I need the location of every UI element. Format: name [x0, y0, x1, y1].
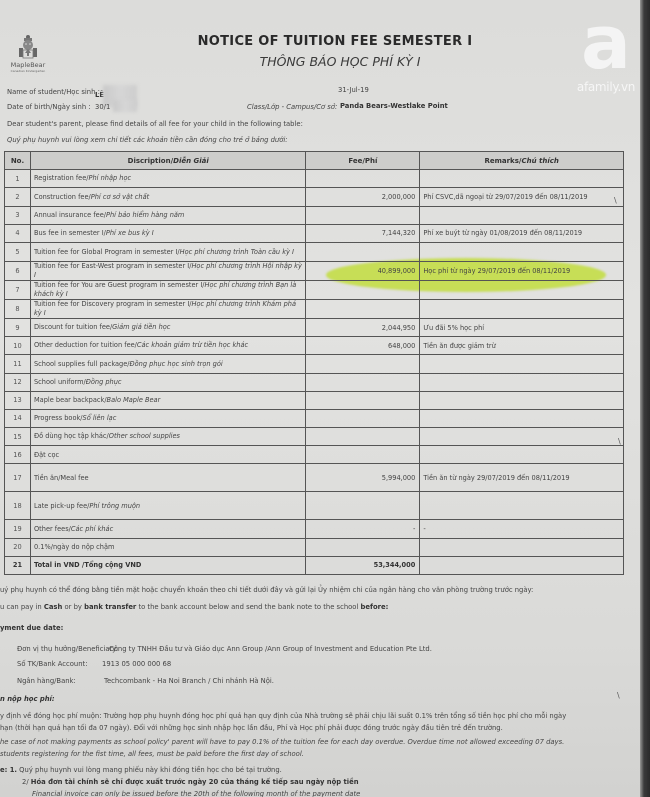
row-number: 12 — [5, 373, 31, 391]
row-fee — [306, 428, 420, 446]
row-description: Đặt cọc — [30, 446, 306, 464]
redacted-dob — [113, 100, 137, 112]
row-description: Tuition fee for Discovery program in sem… — [30, 299, 306, 318]
row-number: 10 — [5, 337, 31, 355]
table-row: 19Other fees/Các phí khác-- — [5, 520, 624, 538]
row-number: 3 — [5, 206, 31, 224]
table-row: 13Maple bear backpack/Balo Maple Bear — [5, 391, 624, 409]
row-remark: - — [420, 520, 624, 538]
page-edge-shadow — [640, 0, 650, 797]
payment-instruction-en: u can pay in Cash or by bank transfer to… — [0, 603, 388, 611]
late-policy-vi-2: hạn (thời hạn quá hạn tối đa 07 ngày). Đ… — [0, 724, 503, 732]
row-number: 15 — [5, 428, 31, 446]
row-description: School uniform/Đồng phục — [30, 373, 306, 391]
late-payment-heading: n nộp học phí: — [0, 695, 55, 703]
bank-name-value: Techcombank - Ha Noi Branch / Chi nhánh … — [104, 677, 274, 685]
table-row: 11School supplies full package/Đồng phục… — [5, 355, 624, 373]
note-2: 2/ Hóa đơn tài chính sẽ chỉ được xuất tr… — [22, 778, 359, 786]
note-1: e: 1. Quý phụ huynh vui lòng mang phiếu … — [0, 766, 282, 774]
late-policy-en-2: students registering for the fist time, … — [0, 750, 304, 758]
row-description: Other fees/Các phí khác — [30, 520, 306, 538]
row-fee: 2,044,950 — [306, 318, 420, 336]
row-description: Tuition fee for Global Program in semest… — [30, 242, 306, 261]
row-description: Construction fee/Phí cơ sở vật chất — [30, 188, 306, 206]
row-remark — [420, 355, 624, 373]
row-remark — [420, 280, 624, 299]
row-remark — [420, 538, 624, 556]
watermark-letter: a — [566, 8, 646, 78]
payment-due-date-label: yment due date: — [0, 624, 63, 632]
row-fee — [306, 409, 420, 427]
row-remark — [420, 206, 624, 224]
header-remarks: Remarks/Chú thích — [420, 152, 624, 170]
beneficiary-value: Công ty TNHH Đầu tư và Giáo dục Ann Grou… — [109, 645, 432, 653]
total-fee: 53,344,000 — [306, 556, 420, 574]
row-number: 5 — [5, 242, 31, 261]
row-number: 20 — [5, 538, 31, 556]
intro-english: Dear student's parent, please find detai… — [7, 120, 303, 128]
table-row: 4Bus fee in semester I/Phí xe bus kỳ I7,… — [5, 224, 624, 242]
row-remark — [420, 170, 624, 188]
row-number: 1 — [5, 170, 31, 188]
row-remark — [420, 373, 624, 391]
row-fee — [306, 446, 420, 464]
total-label: Total in VND /Tổng cộng VND — [30, 556, 306, 574]
table-row: 8Tuition fee for Discovery program in se… — [5, 299, 624, 318]
row-remark — [420, 391, 624, 409]
row-description: Annual insurance fee/Phí bảo hiểm hàng n… — [30, 206, 306, 224]
table-row: 6Tuition fee for East-West program in se… — [5, 261, 624, 280]
watermark-text: afamily.vn — [566, 80, 646, 94]
row-fee — [306, 391, 420, 409]
row-number: 7 — [5, 280, 31, 299]
row-description: Đồ dùng học tập khác/Other school suppli… — [30, 428, 306, 446]
row-fee — [306, 206, 420, 224]
total-number: 21 — [5, 556, 31, 574]
table-row: 200.1%/ngày do nộp chậm — [5, 538, 624, 556]
intro-vietnamese: Quý phụ huynh vui lòng xem chi tiết các … — [7, 136, 288, 144]
table-row: 2Construction fee/Phí cơ sở vật chất2,00… — [5, 188, 624, 206]
dob-value: 30/1 — [95, 103, 110, 111]
bank-account-value: 1913 05 000 000 68 — [102, 660, 171, 668]
dob-label: Date of birth/Ngày sinh : — [7, 103, 91, 111]
row-fee — [306, 170, 420, 188]
fee-table: No. Discription/Diễn Giải Fee/Phí Remark… — [4, 151, 624, 575]
row-remark — [420, 492, 624, 520]
row-description: Maple bear backpack/Balo Maple Bear — [30, 391, 306, 409]
bank-account-label: Số TK/Bank Account: — [17, 660, 88, 668]
row-description: Discount for tuition fee/Giảm giá tiền h… — [30, 318, 306, 336]
row-number: 8 — [5, 299, 31, 318]
row-fee — [306, 280, 420, 299]
row-fee — [306, 355, 420, 373]
late-policy-vi-1: y định về đóng học phí muộn: Trường hợp … — [0, 712, 566, 720]
row-remark: Phí xe buýt từ ngày 01/08/2019 đến 08/11… — [420, 224, 624, 242]
bank-name-label: Ngân hàng/Bank: — [17, 677, 76, 685]
table-header-row: No. Discription/Diễn Giải Fee/Phí Remark… — [5, 152, 624, 170]
logo-subtitle: Canadian Kindergarten — [8, 69, 48, 73]
row-number: 17 — [5, 464, 31, 492]
pen-mark: \ — [618, 437, 621, 446]
table-row: 17Tiền ăn/Meal fee5,994,000Tiền ăn từ ng… — [5, 464, 624, 492]
row-number: 16 — [5, 446, 31, 464]
row-description: Tuition fee for East-West program in sem… — [30, 261, 306, 280]
late-policy-en-1: he case of not making payments as school… — [0, 738, 564, 746]
header-description: Discription/Diễn Giải — [30, 152, 306, 170]
table-row: 18Late pick-up fee/Phí trông muộn — [5, 492, 624, 520]
row-description: School supplies full package/Đồng phục h… — [30, 355, 306, 373]
row-description: Tuition fee for You are Guest program in… — [30, 280, 306, 299]
row-fee — [306, 538, 420, 556]
row-fee — [306, 242, 420, 261]
row-number: 13 — [5, 391, 31, 409]
table-row: 10Other deduction for tuition fee/Các kh… — [5, 337, 624, 355]
table-row: 9Discount for tuition fee/Giảm giá tiền … — [5, 318, 624, 336]
row-remark — [420, 446, 624, 464]
table-row: 7Tuition fee for You are Guest program i… — [5, 280, 624, 299]
row-description: Progress book/Sổ liên lạc — [30, 409, 306, 427]
row-number: 11 — [5, 355, 31, 373]
row-description: 0.1%/ngày do nộp chậm — [30, 538, 306, 556]
total-remark — [420, 556, 624, 574]
row-number: 19 — [5, 520, 31, 538]
table-row: 1Registration fee/Phí nhập học — [5, 170, 624, 188]
table-row: 15Đồ dùng học tập khác/Other school supp… — [5, 428, 624, 446]
row-remark: Phí CSVC,dã ngoại từ 29/07/2019 đến 08/1… — [420, 188, 624, 206]
row-remark: Ưu đãi 5% học phí — [420, 318, 624, 336]
row-number: 4 — [5, 224, 31, 242]
row-fee: 2,000,000 — [306, 188, 420, 206]
row-fee: - — [306, 520, 420, 538]
row-number: 14 — [5, 409, 31, 427]
total-row: 21Total in VND /Tổng cộng VND53,344,000 — [5, 556, 624, 574]
row-remark — [420, 428, 624, 446]
row-fee: 40,899,000 — [306, 261, 420, 280]
row-remark: Tiền ăn được giảm trừ — [420, 337, 624, 355]
row-number: 18 — [5, 492, 31, 520]
document-subtitle: THÔNG BÁO HỌC PHÍ KỲ I — [0, 54, 640, 69]
row-number: 6 — [5, 261, 31, 280]
table-row: 14Progress book/Sổ liên lạc — [5, 409, 624, 427]
header-no: No. — [5, 152, 31, 170]
payment-instruction-vi: uý phụ huynh có thể đóng bằng tiền mặt h… — [0, 586, 533, 594]
row-number: 2 — [5, 188, 31, 206]
pen-mark: \ — [617, 691, 620, 700]
class-label: Class/Lớp - Campus/Cơ sở: — [247, 103, 337, 111]
row-remark — [420, 242, 624, 261]
row-fee: 7,144,320 — [306, 224, 420, 242]
student-name-label: Name of student/Học sinh : — [7, 88, 100, 96]
table-row: 5Tuition fee for Global Program in semes… — [5, 242, 624, 261]
beneficiary-label: Đơn vị thụ hưởng/Beneficiary: — [17, 645, 118, 653]
afamily-watermark: a afamily.vn — [566, 8, 646, 94]
table-row: 16Đặt cọc — [5, 446, 624, 464]
note-2-english: Financial invoice can only be issued bef… — [32, 790, 360, 797]
row-description: Other deduction for tuition fee/Các khoả… — [30, 337, 306, 355]
table-row: 3Annual insurance fee/Phí bảo hiểm hàng … — [5, 206, 624, 224]
row-fee — [306, 373, 420, 391]
row-description: Registration fee/Phí nhập học — [30, 170, 306, 188]
row-remark: Tiền ăn từ ngày 29/07/2019 đến 08/11/201… — [420, 464, 624, 492]
row-remark — [420, 409, 624, 427]
row-fee — [306, 492, 420, 520]
document-title: NOTICE OF TUITION FEE SEMESTER I — [0, 34, 640, 49]
table-row: 12School uniform/Đồng phục — [5, 373, 624, 391]
row-remark — [420, 299, 624, 318]
row-number: 9 — [5, 318, 31, 336]
class-value: Panda Bears-Westlake Point — [340, 102, 448, 110]
row-fee — [306, 299, 420, 318]
row-description: Tiền ăn/Meal fee — [30, 464, 306, 492]
header-fee: Fee/Phí — [306, 152, 420, 170]
row-remark: Học phí từ ngày 29/07/2019 đến 08/11/201… — [420, 261, 624, 280]
row-fee: 648,000 — [306, 337, 420, 355]
pen-mark: \ — [614, 196, 617, 205]
notice-date: 31-Jul-19 — [338, 86, 369, 94]
row-fee: 5,994,000 — [306, 464, 420, 492]
row-description: Bus fee in semester I/Phí xe bus kỳ I — [30, 224, 306, 242]
row-description: Late pick-up fee/Phí trông muộn — [30, 492, 306, 520]
